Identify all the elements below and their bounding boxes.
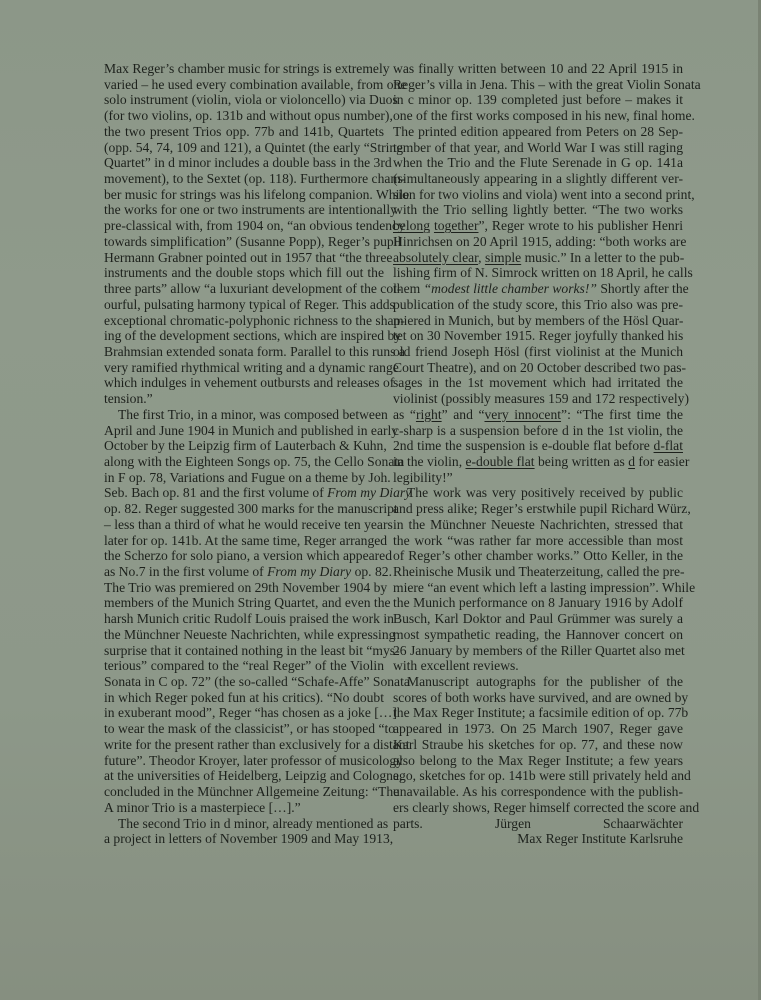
text-line: Quartet” in d minor includes a double ba… <box>104 155 384 171</box>
text-line: publication of the study score, this Tri… <box>393 297 683 313</box>
text-line: in which Reger poked fun at his critics)… <box>104 690 384 706</box>
text-line: three parts” allow “a luxuriant developm… <box>104 281 384 297</box>
text-line: towards simplification” (Susanne Popp), … <box>104 234 384 250</box>
text-line: harsh Munich critic Rudolf Louis praised… <box>104 611 384 627</box>
text-line: the works for one or two instruments are… <box>104 202 384 218</box>
text-segment: , <box>478 250 485 265</box>
underlined-text: right <box>416 407 442 422</box>
text-segment: Shortly after the <box>597 281 689 296</box>
text-line: the Scherzo for solo piano, a version wh… <box>104 548 384 564</box>
text-line: Seb. Bach op. 81 and the first volume of… <box>104 485 384 501</box>
italic-quote: “modest little chamber works!” <box>424 281 597 296</box>
text-segment: ”: “The first time the <box>561 407 683 422</box>
text-line: appeared in 1973. On 25 March 1907, Rege… <box>393 721 683 737</box>
text-line: old friend Joseph Hösl (first violinist … <box>393 344 683 360</box>
text-line: Sonata in C op. 72” (the so-called “Scha… <box>104 674 384 690</box>
underlined-text: absolutely clear <box>393 250 478 265</box>
text-line: as “right” and “very innocent”: “The fir… <box>393 407 683 423</box>
text-line: Busch, Karl Doktor and Paul Grümmer was … <box>393 611 683 627</box>
right-column: was finally written between 10 and 22 Ap… <box>393 61 683 847</box>
text-line: write for the present rather than exclus… <box>104 737 384 753</box>
text-line: instruments and the double stops which f… <box>104 265 384 281</box>
text-line: Max Reger’s chamber music for strings is… <box>104 61 384 77</box>
text-line: them “modest little chamber works!” Shor… <box>393 281 683 297</box>
text-line: very ramified rhythmical writing and a d… <box>104 360 384 376</box>
author-affiliation: Max Reger Institute Karlsruhe <box>393 831 683 847</box>
text-line: Hermann Grabner pointed out in 1957 that… <box>104 250 384 266</box>
text-segment: being written as <box>535 454 629 469</box>
text-line: the two present Trios opp. 77b and 141b,… <box>104 124 384 140</box>
text-line: Brahmsian extended sonata form. Parallel… <box>104 344 384 360</box>
text-line: parts. Jürgen Schaarwächter <box>393 816 683 832</box>
italic-title: From my Diary <box>267 564 351 579</box>
text-line: ers clearly shows, Reger himself correct… <box>393 800 683 816</box>
text-line: A minor Trio is a masterpiece […].” <box>104 800 384 816</box>
text-segment: ”, Reger wrote to his publisher Henri <box>479 218 684 233</box>
underlined-text: belong <box>393 218 430 233</box>
text-line: violinist (possibly measures 159 and 172… <box>393 391 683 407</box>
author-name: Jürgen Schaarwächter <box>495 816 683 831</box>
text-line: a project in letters of November 1909 an… <box>104 831 384 847</box>
text-segment: 2nd time the suspension is e-double flat… <box>393 438 654 453</box>
text-line: Hinrichsen on 20 April 1915, adding: “bo… <box>393 234 683 250</box>
paragraph-start: The first Trio, in a minor, was composed… <box>104 407 384 423</box>
text-line: when the Trio and the Flute Serenade in … <box>393 155 683 171</box>
text-line: later for op. 141b. At the same time, Re… <box>104 533 384 549</box>
text-line: The Trio was premiered on 29th November … <box>104 580 384 596</box>
underlined-text: d-flat <box>654 438 683 453</box>
text-line: as No.7 in the first volume of From my D… <box>104 564 384 580</box>
text-line: with excellent reviews. <box>393 658 683 674</box>
paragraph-start: Manuscript autographs for the publisher … <box>393 674 683 690</box>
text-line: unavailable. As his correspondence with … <box>393 784 683 800</box>
text-line: ago, sketches for op. 141b were still pr… <box>393 768 683 784</box>
text-line: and press alike; Reger’s erstwhile pupil… <box>393 501 683 517</box>
text-line: exceptional chromatic-polyphonic richnes… <box>104 313 384 329</box>
text-line: sages in the 1st movement which had irri… <box>393 375 683 391</box>
text-line: members of the Munich String Quartet, an… <box>104 595 384 611</box>
text-segment: them <box>393 281 424 296</box>
text-line: surprise that it contained nothing in th… <box>104 643 384 659</box>
text-line: which indulges in vehement outbursts and… <box>104 375 384 391</box>
text-line: sion for two violins and viola) went int… <box>393 187 683 203</box>
text-line: April and June 1904 in Munich and publis… <box>104 423 384 439</box>
text-line: with the Trio selling lightly better. “T… <box>393 202 683 218</box>
text-line: one of the first works composed in his n… <box>393 108 683 124</box>
text-segment: op. 82. <box>351 564 392 579</box>
paragraph-start: The second Trio in d minor, already ment… <box>104 816 384 832</box>
text-line: of Reger’s other chamber works.” Otto Ke… <box>393 548 683 564</box>
text-line: (for two violins, op. 131b and without o… <box>104 108 384 124</box>
text-line: lishing firm of N. Simrock written on 18… <box>393 265 683 281</box>
text-line: to wear the mask of the classicist”, or … <box>104 721 384 737</box>
text-line: in the Münchner Neueste Nachrichten, str… <box>393 517 683 533</box>
text-line: The printed edition appeared from Peters… <box>393 124 683 140</box>
text-line: most sympathetic reading, the Hannover c… <box>393 627 683 643</box>
text-line: terious” compared to the “real Reger” of… <box>104 658 384 674</box>
text-segment: in the violin, <box>393 454 466 469</box>
text-line: future”. Theodor Kroyer, later professor… <box>104 753 384 769</box>
text-line: movement), to the Sextet (op. 118). Furt… <box>104 171 384 187</box>
underlined-text: together <box>434 218 479 233</box>
text-segment: as “ <box>393 407 416 422</box>
text-line: concluded in the Münchner Allgemeine Zei… <box>104 784 384 800</box>
text-segment: Seb. Bach op. 81 and the first volume of <box>104 485 327 500</box>
text-line: in c minor op. 139 completed just before… <box>393 92 683 108</box>
underlined-text: simple <box>485 250 521 265</box>
underlined-text: e-double flat <box>466 454 535 469</box>
text-line: October by the Leipzig firm of Lauterbac… <box>104 438 384 454</box>
text-line: Court Theatre), and on 20 October descri… <box>393 360 683 376</box>
underlined-text: very innocent <box>484 407 561 422</box>
text-line: scores of both works have survived, and … <box>393 690 683 706</box>
text-segment: as No.7 in the first volume of <box>104 564 267 579</box>
text-line: Reger’s villa in Jena. This – with the g… <box>393 77 683 93</box>
text-line: Karl Straube his sketches for op. 77, an… <box>393 737 683 753</box>
text-line: ber music for strings was his lifelong c… <box>104 187 384 203</box>
text-segment: parts. <box>393 816 423 831</box>
text-line: along with the Eighteen Songs op. 75, th… <box>104 454 384 470</box>
text-line: in F op. 78, Variations and Fugue on a t… <box>104 470 384 486</box>
text-line: at the universities of Heidelberg, Leipz… <box>104 768 384 784</box>
text-line: – less than a third of what he would rec… <box>104 517 384 533</box>
text-line: varied – he used every combination avail… <box>104 77 384 93</box>
text-line: in the violin, e-double flat being writt… <box>393 454 683 470</box>
text-line: absolutely clear, simple music.” In a le… <box>393 250 683 266</box>
text-line: was finally written between 10 and 22 Ap… <box>393 61 683 77</box>
text-line: pre-classical with, from 1904 on, “an ob… <box>104 218 384 234</box>
text-line: legibility!” <box>393 470 683 486</box>
text-line: c-sharp is a suspension before d in the … <box>393 423 683 439</box>
text-line: solo instrument (violin, viola or violon… <box>104 92 384 108</box>
text-line: the Max Reger Institute; a facsimile edi… <box>393 705 683 721</box>
text-line: tension.” <box>104 391 384 407</box>
text-line: belong together”, Reger wrote to his pub… <box>393 218 683 234</box>
text-line: (opp. 54, 74, 109 and 121), a Quintet (t… <box>104 140 384 156</box>
text-line: miered in Munich, but by members of the … <box>393 313 683 329</box>
text-line: ourful, pulsating harmony typical of Reg… <box>104 297 384 313</box>
text-line: tet on 30 November 1915. Reger joyfully … <box>393 328 683 344</box>
text-line: op. 82. Reger suggested 300 marks for th… <box>104 501 384 517</box>
text-segment: music.” In a letter to the pub- <box>521 250 684 265</box>
text-line: also belong to the Max Reger Institute; … <box>393 753 683 769</box>
text-segment: for easier <box>635 454 689 469</box>
text-line: (simultaneously appearing in a slightly … <box>393 171 683 187</box>
underlined-text: d <box>628 454 635 469</box>
left-column: Max Reger’s chamber music for strings is… <box>104 61 384 847</box>
text-line: Rheinische Musik und Theaterzeitung, cal… <box>393 564 683 580</box>
text-line: the work “was rather far more accessible… <box>393 533 683 549</box>
text-line: 26 January by members of the Riller Quar… <box>393 643 683 659</box>
text-line: the Münchner Neueste Nachrichten, while … <box>104 627 384 643</box>
paragraph-start: The work was very positively received by… <box>393 485 683 501</box>
text-line: 2nd time the suspension is e-double flat… <box>393 438 683 454</box>
text-line: tember of that year, and World War I was… <box>393 140 683 156</box>
text-line: in exuberant mood”, Reger “has chosen as… <box>104 705 384 721</box>
text-line: miere “an event which left a lasting imp… <box>393 580 683 596</box>
text-line: the Munich performance on 8 January 1916… <box>393 595 683 611</box>
text-segment: ” and “ <box>442 407 485 422</box>
text-line: ing of the development sections, which a… <box>104 328 384 344</box>
